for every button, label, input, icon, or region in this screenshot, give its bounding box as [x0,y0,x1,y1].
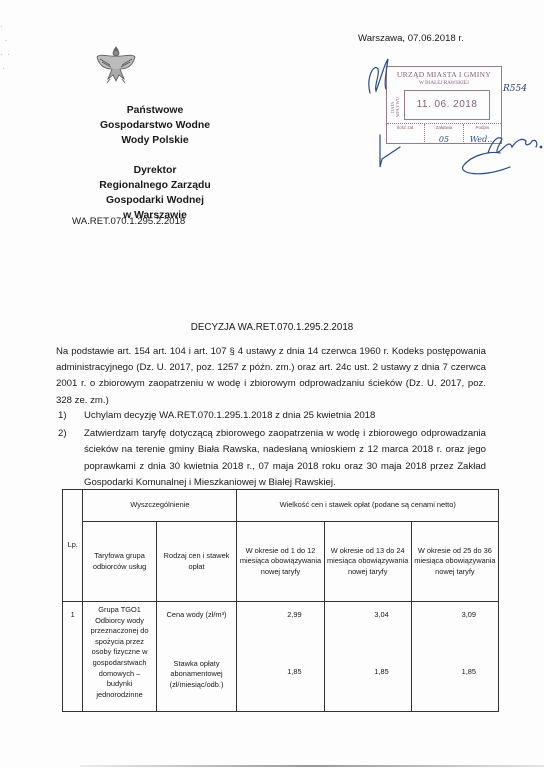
header-period-1: W okresie od 1 do 12 miesiąca obowiązywa… [237,522,324,602]
authority-name: Dyrektor Regionalnego Zarządu Gospodarki… [80,163,230,223]
row-kind-subscription-fee: Stawka opłaty abonamentowej (zł/miesiąc/… [156,657,237,712]
header-kind: Rodzaj cen i stawek opłat [156,522,237,602]
value-cell: 1,85 [411,657,498,712]
org-line: Wody Polskie [80,133,230,148]
tariff-table: Lp. Wyszczególnienie Wielkość cen i staw… [62,489,499,712]
handwritten-signature-icon [360,55,544,180]
legal-basis-paragraph: Na podstawie art. 154 art. 104 i art. 10… [56,344,486,409]
decision-title: DECYZJA WA.RET.070.1.295.2.2018 [0,322,544,333]
header-group: Taryfowa grupa odbiorców usług [83,522,156,602]
scan-specks: · ·· · · [0,20,40,80]
value-cell: 2,99 [237,602,324,657]
kind-label: Cena wody (zł/m³) [167,610,227,619]
authority-line: Regionalnego Zarządu [80,178,230,193]
item-number: 2) [56,426,84,491]
header-prices: Wielkość cen i stawek opłat (podane są c… [237,490,499,522]
header-lp: Lp. [63,490,83,602]
header-specification: Wyszczególnienie [83,490,237,522]
decision-items: 1) Uchylam decyzję WA.RET.070.1.295.1.20… [56,408,486,491]
item-text: Uchylam decyzję WA.RET.070.1.295.1.2018 … [84,408,486,424]
authority-line: Dyrektor [80,163,230,178]
row-group: Grupa TGO1 Odbiorcy wody przeznaczonej d… [83,602,156,712]
value-cell: 3,09 [411,602,498,657]
organization-name: Państwowe Gospodarstwo Wodne Wody Polski… [80,103,230,148]
row-lp: 1 [63,602,83,712]
header-period-2: W okresie od 13 do 24 miesiąca obowiązyw… [324,522,411,602]
place-date: Warszawa, 07.06.2018 r. [358,33,464,44]
value-cell: 3,04 [324,602,411,657]
org-line: Gospodarstwo Wodne [80,118,230,133]
value-cell: 1,85 [237,657,324,712]
row-kind-water-price: Cena wody (zł/m³) [156,602,237,657]
header-period-3: W okresie od 25 do 36 miesiąca obowiązyw… [411,522,498,602]
reference-number: WA.RET.070.1.295.2.2018 [72,216,185,227]
table-row: 1 Grupa TGO1 Odbiorcy wody przeznaczonej… [63,602,499,657]
org-line: Państwowe [80,103,230,118]
decision-item: 1) Uchylam decyzję WA.RET.070.1.295.1.20… [56,408,486,424]
scan-edge-divider [80,765,544,767]
decision-item: 2) Zatwierdzam taryfę dotyczącą zbiorowe… [56,426,486,491]
value-cell: 1,85 [324,657,411,712]
polish-eagle-emblem-icon [94,43,138,87]
authority-line: Gospodarki Wodnej [80,193,230,208]
item-number: 1) [56,408,84,424]
item-text: Zatwierdzam taryfę dotyczącą zbiorowego … [84,426,486,491]
